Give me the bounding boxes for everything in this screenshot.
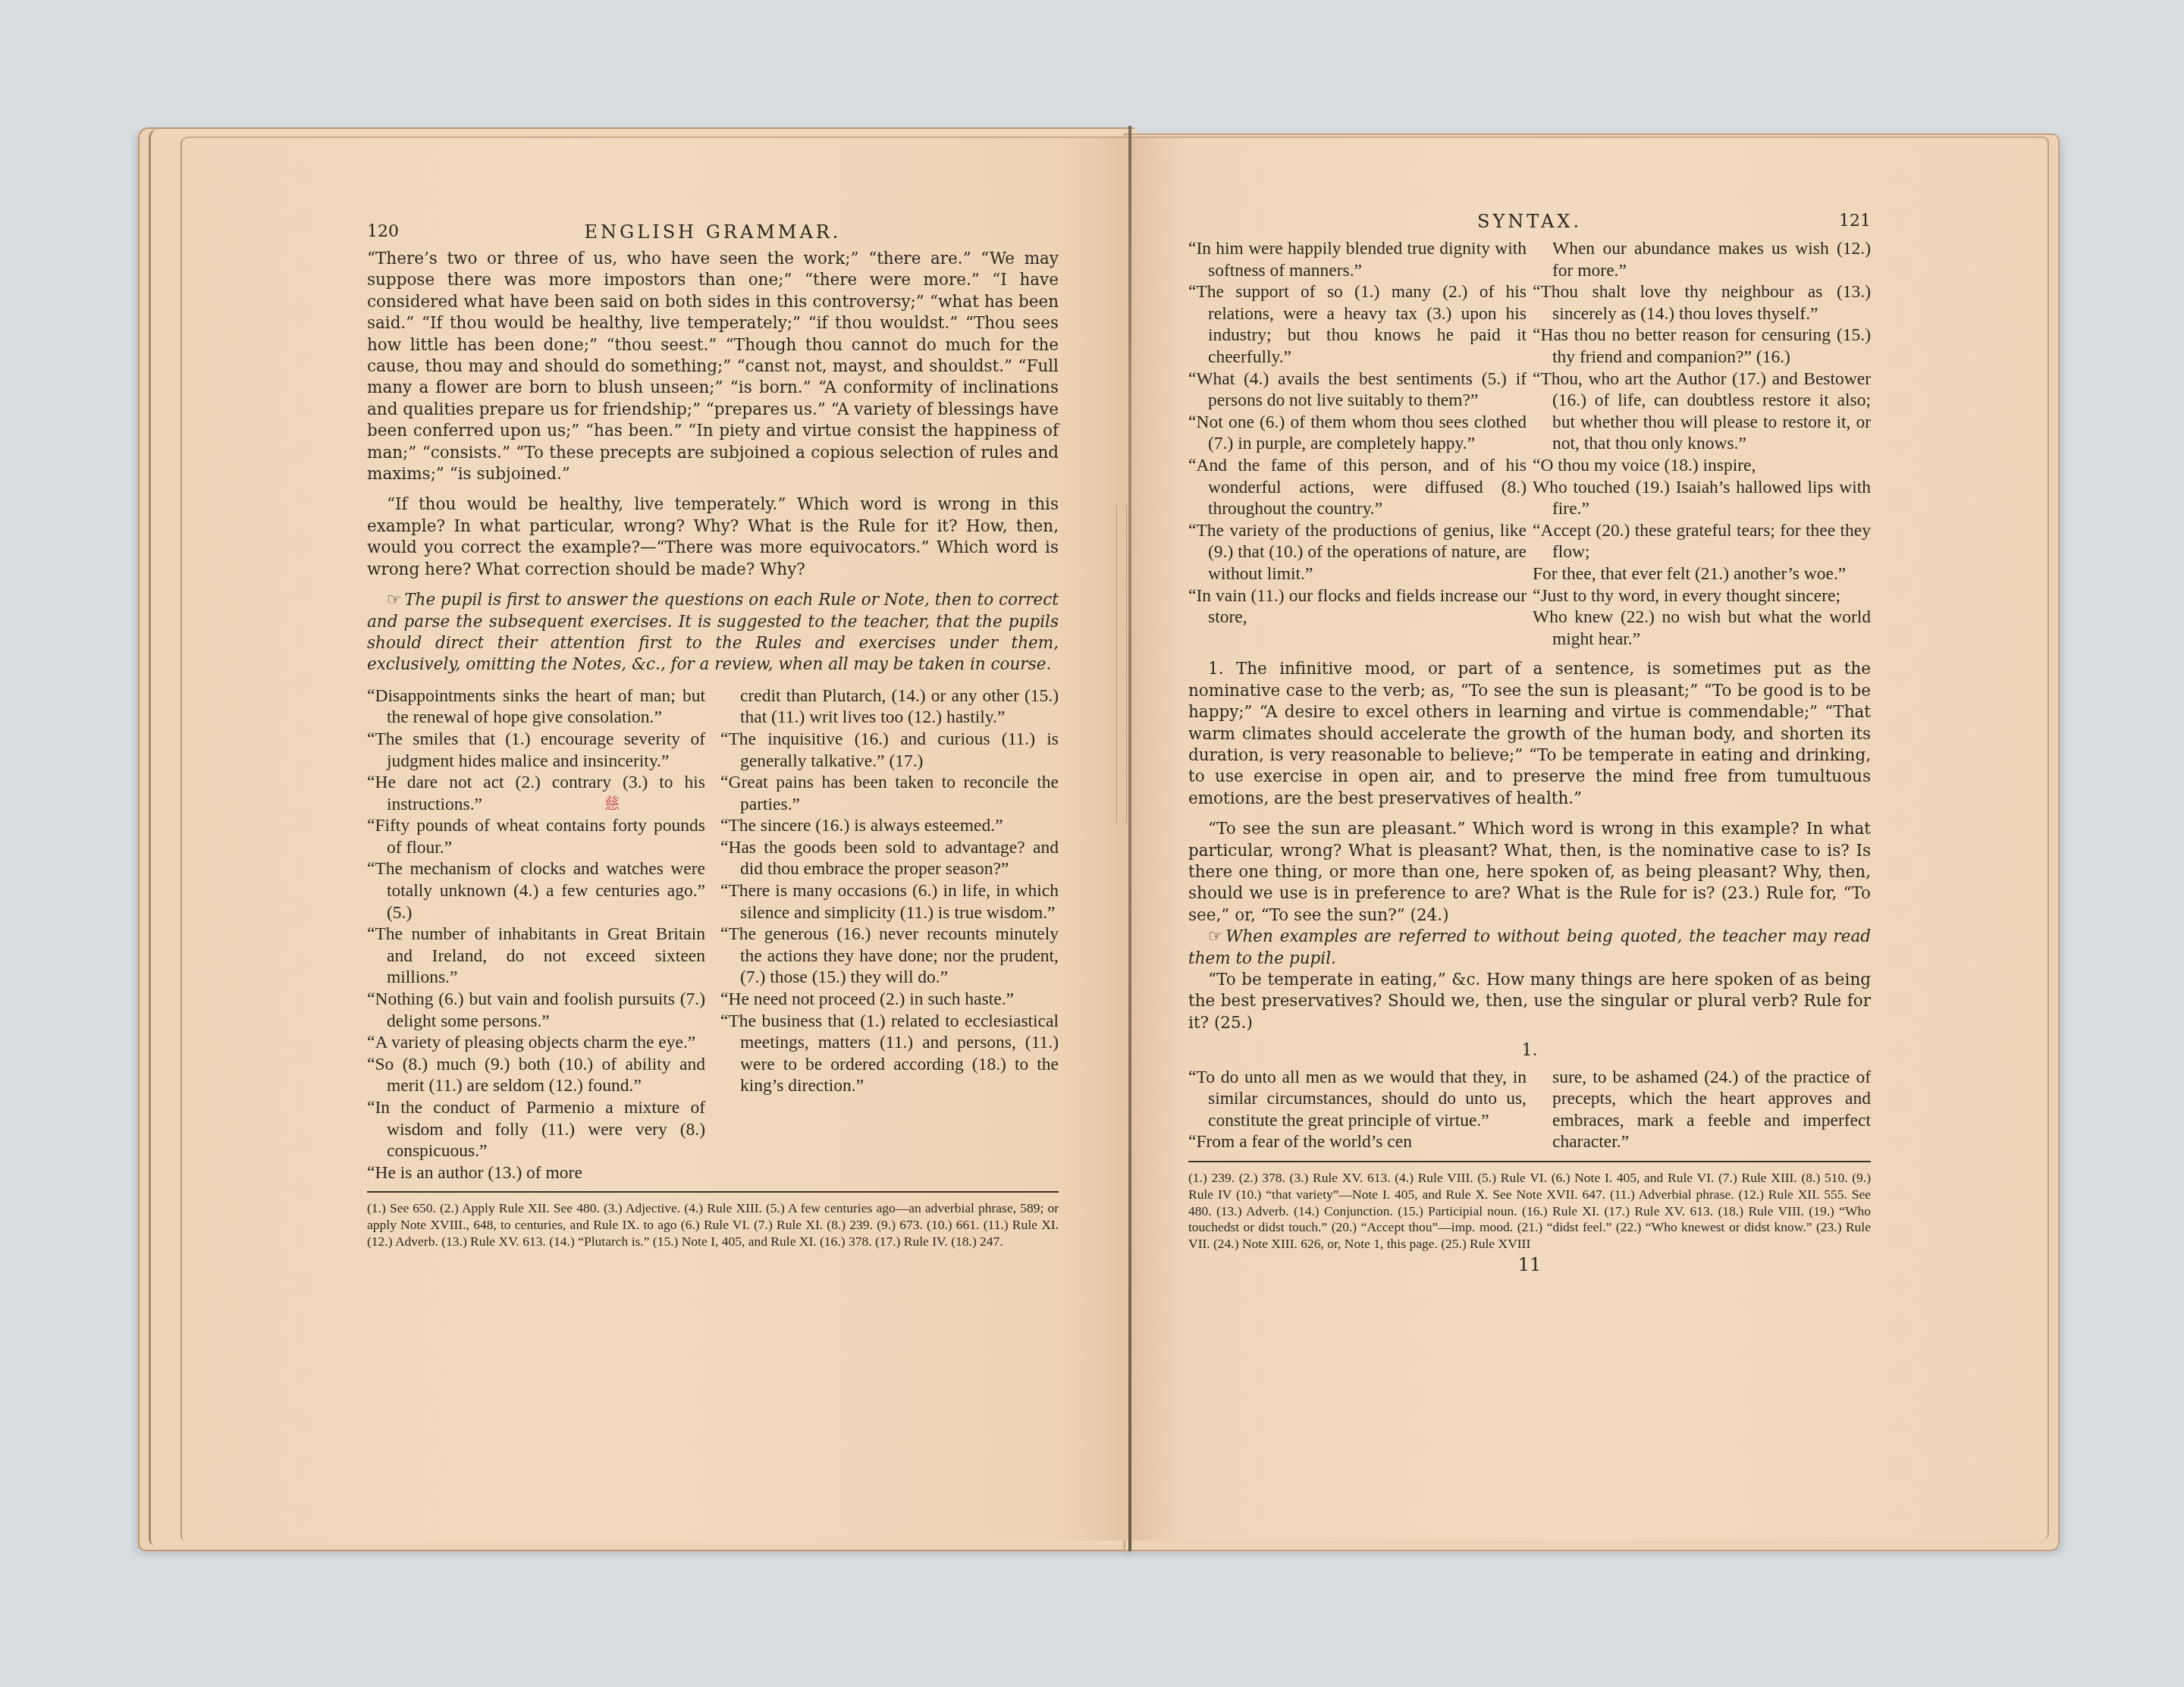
exercise-continuation: When our abundance makes us wish (12.) f… <box>1533 238 1871 281</box>
exercise-item: “And the fame of this person, and of his… <box>1188 455 1527 520</box>
right-footnotes: (1.) 239. (2.) 378. (3.) Rule XV. 613. (… <box>1188 1170 1871 1253</box>
section-number: 1. <box>1188 1040 1871 1061</box>
book-spine <box>1128 126 1131 1551</box>
exercise-item: “Accept (20.) these grateful tears; for … <box>1533 520 1871 563</box>
exercise-item: “Great pains has been taken to reconcile… <box>720 772 1059 815</box>
pointing-hand-icon: ☞ <box>387 591 401 610</box>
right-teacher-note-text: When examples are referred to without be… <box>1188 927 1871 967</box>
exercise-item: “The smiles that (1.) encourage severity… <box>367 729 705 772</box>
right-teacher-note: ☞When examples are referred to without b… <box>1188 927 1871 970</box>
exercise-item: “In the conduct of Parmenio a mixture of… <box>367 1097 705 1162</box>
exercise-item: “The generous (16.) never recounts minut… <box>720 923 1059 989</box>
signature-mark: 11 <box>1188 1254 1871 1275</box>
exercise-item: “O thou my voice (18.) inspire, <box>1533 455 1871 477</box>
exercise-item: “Not one (6.) of them whom thou sees clo… <box>1188 412 1527 455</box>
exercise-item: “Thou shalt love thy neighbour as (13.) … <box>1533 281 1871 325</box>
section-col-1: “To do unto all men as we would that the… <box>1188 1067 1527 1153</box>
exercise-item: “A variety of pleasing objects charm the… <box>367 1032 705 1054</box>
right-exercise-col-2: When our abundance makes us wish (12.) f… <box>1533 238 1871 650</box>
right-page: SYNTAX. 121 “In him were happily blended… <box>1131 136 2049 1541</box>
exercise-item: “Nothing (6.) but vain and foolish pursu… <box>367 989 705 1032</box>
left-running-head: ENGLISH GRAMMAR. <box>367 221 1059 243</box>
right-exercise-col-1: “In him were happily blended true dignit… <box>1188 238 1527 650</box>
exercise-item: “The mechanism of clocks and watches wer… <box>367 858 705 923</box>
left-question-paragraph: “If thou would be healthy, live temperat… <box>367 494 1059 581</box>
right-question-paragraph-2: “To be temperate in eating,” &c. How man… <box>1188 970 1871 1034</box>
exercise-item: “The inquisitive (16.) and curious (11.)… <box>720 729 1059 772</box>
left-teacher-note-text: The pupil is first to answer the questio… <box>367 591 1059 674</box>
exercise-item: “So (8.) much (9.) both (10.) of ability… <box>367 1054 705 1097</box>
left-footnotes: (1.) See 650. (2.) Apply Rule XII. See 4… <box>367 1200 1059 1250</box>
left-page: 120 ENGLISH GRAMMAR. “There’s two or thr… <box>180 136 1130 1541</box>
exercise-item: “He is an author (13.) of more <box>367 1162 705 1184</box>
section-columns: “To do unto all men as we would that the… <box>1188 1067 1871 1153</box>
exercise-item: “To do unto all men as we would that the… <box>1188 1067 1527 1132</box>
left-exercise-col-2: credit than Plutarch, (14.) or any other… <box>720 685 1059 1184</box>
exercise-item: Who touched (19.) Isaiah’s hallowed lips… <box>1533 477 1871 520</box>
pointing-hand-icon: ☞ <box>1208 927 1222 946</box>
exercise-item: “The sincere (16.) is always esteemed.” <box>720 815 1059 837</box>
exercise-item: “Disappointments sinks the heart of man;… <box>367 685 705 729</box>
right-page-number: 121 <box>1839 211 1871 232</box>
exercise-item: “Has thou no better reason for censuring… <box>1533 325 1871 368</box>
exercise-item: “In vain (11.) our flocks and fields inc… <box>1188 585 1527 629</box>
binding-thread <box>1116 505 1127 823</box>
right-page-header: SYNTAX. 121 <box>1188 211 1871 238</box>
exercise-item: “The business that (1.) related to eccle… <box>720 1011 1059 1097</box>
footnote-divider <box>367 1191 1059 1193</box>
left-page-text: 120 ENGLISH GRAMMAR. “There’s two or thr… <box>367 221 1059 1250</box>
exercise-item: “Thou, who art the Author (17.) and Best… <box>1533 368 1871 455</box>
exercise-item: For thee, that ever felt (21.) another’s… <box>1533 563 1871 585</box>
right-question-paragraph: “To see the sun are pleasant.” Which wor… <box>1188 819 1871 927</box>
exercise-item: “In him were happily blended true dignit… <box>1188 238 1527 281</box>
exercise-item: Who knew (22.) no wish but what the worl… <box>1533 607 1871 650</box>
left-exercise-columns: “Disappointments sinks the heart of man;… <box>367 685 1059 1184</box>
footnote-divider <box>1188 1161 1871 1162</box>
section-col-2: sure, to be ashamed (24.) of the practic… <box>1533 1067 1871 1153</box>
exercise-item: “The variety of the productions of geniu… <box>1188 520 1527 585</box>
left-opening-paragraph: “There’s two or three of us, who have se… <box>367 249 1059 485</box>
exercise-item: “He need not proceed (2.) in such haste.… <box>720 989 1059 1011</box>
red-seal-stamp: 慈 <box>604 792 620 814</box>
exercise-item: “From a fear of the world’s cen <box>1188 1131 1527 1153</box>
exercise-item: “What (4.) avails the best sentiments (5… <box>1188 368 1527 412</box>
exercise-item: “The support of so (1.) many (2.) of his… <box>1188 281 1527 368</box>
exercise-continuation: sure, to be ashamed (24.) of the practic… <box>1533 1067 1871 1153</box>
exercise-continuation: credit than Plutarch, (14.) or any other… <box>720 685 1059 729</box>
exercise-item: “Just to thy word, in every thought sinc… <box>1533 585 1871 607</box>
exercise-item: “The number of inhabitants in Great Brit… <box>367 923 705 989</box>
right-exercise-columns: “In him were happily blended true dignit… <box>1188 238 1871 650</box>
exercise-item: “Has the goods been sold to advantage? a… <box>720 837 1059 880</box>
right-running-head: SYNTAX. <box>1188 211 1871 232</box>
exercise-item: “Fifty pounds of wheat contains forty po… <box>367 815 705 858</box>
left-page-header: 120 ENGLISH GRAMMAR. <box>367 221 1059 249</box>
note-1-paragraph: 1. The infinitive mood, or part of a sen… <box>1188 659 1871 810</box>
exercise-item: “He dare not act (2.) contrary (3.) to h… <box>367 772 705 815</box>
left-exercise-col-1: “Disappointments sinks the heart of man;… <box>367 685 705 1184</box>
right-page-text: SYNTAX. 121 “In him were happily blended… <box>1188 211 1871 1275</box>
exercise-item: “There is many occasions (6.) in life, i… <box>720 880 1059 923</box>
left-teacher-note: ☞The pupil is first to answer the questi… <box>367 590 1059 676</box>
open-book: 120 ENGLISH GRAMMAR. “There’s two or thr… <box>138 126 2057 1551</box>
